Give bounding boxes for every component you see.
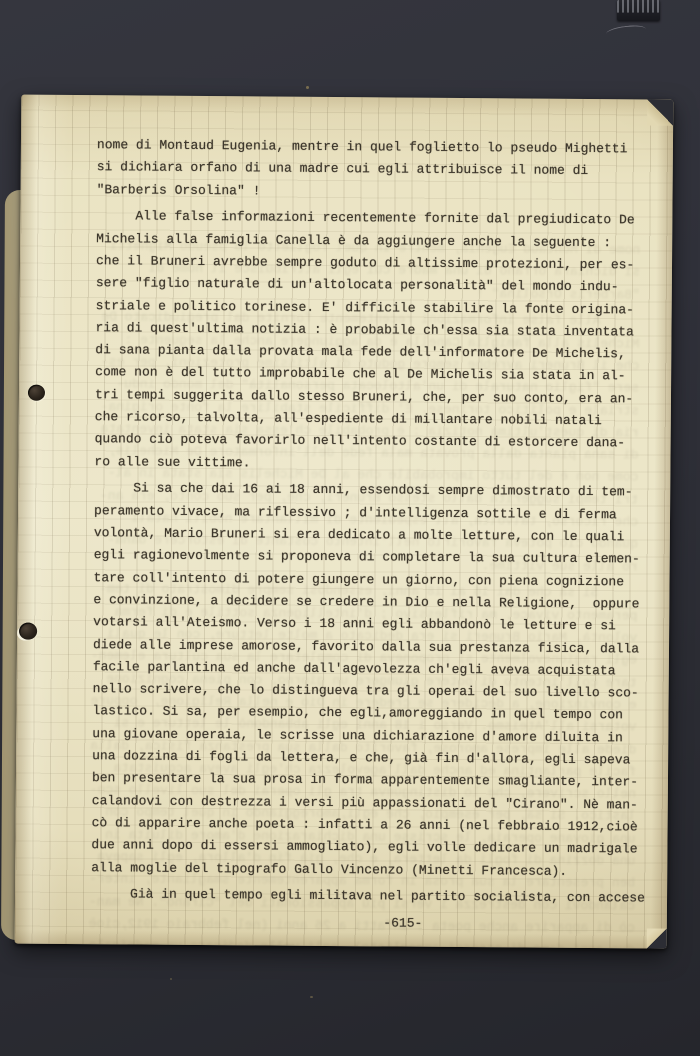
scan-background: { "document": { "language": "it", "foote…: [0, 0, 700, 1056]
dust-speck: [310, 996, 313, 998]
document-page: nome di Montaud Eugenia, mentre in quel …: [15, 95, 674, 949]
corner-fold-top-right: [647, 99, 673, 125]
dust-speck: [306, 86, 309, 89]
surface-scratch: [605, 24, 646, 40]
paragraph: Già in quel tempo egli militava nel part…: [91, 883, 653, 910]
photo-frame: nome di Montaud Eugenia, mentre in quel …: [0, 0, 700, 1056]
archive-sticker: [617, 0, 660, 21]
typewritten-line: ro alle sue vittime.: [94, 451, 656, 478]
paragraph: Si sa che dai 16 ai 18 anni, essendosi s…: [91, 478, 656, 884]
paragraph: nome di Montaud Eugenia, mentre in quel …: [97, 134, 660, 205]
punch-hole-bottom: [19, 623, 37, 640]
typewritten-line: "Barberis Orsolina" !: [97, 179, 659, 206]
typewritten-text: nome di Montaud Eugenia, mentre in quel …: [91, 134, 659, 910]
dust-speck: [170, 978, 172, 980]
typewritten-line: Già in quel tempo egli militava nel part…: [91, 883, 653, 910]
paragraph: Alle false informazioni recentemente for…: [94, 206, 658, 478]
typewritten-line: alla moglie del tipografo Gallo Vincenzo…: [91, 857, 653, 884]
punch-hole-top: [28, 385, 45, 401]
page-number: -615-: [122, 910, 674, 936]
